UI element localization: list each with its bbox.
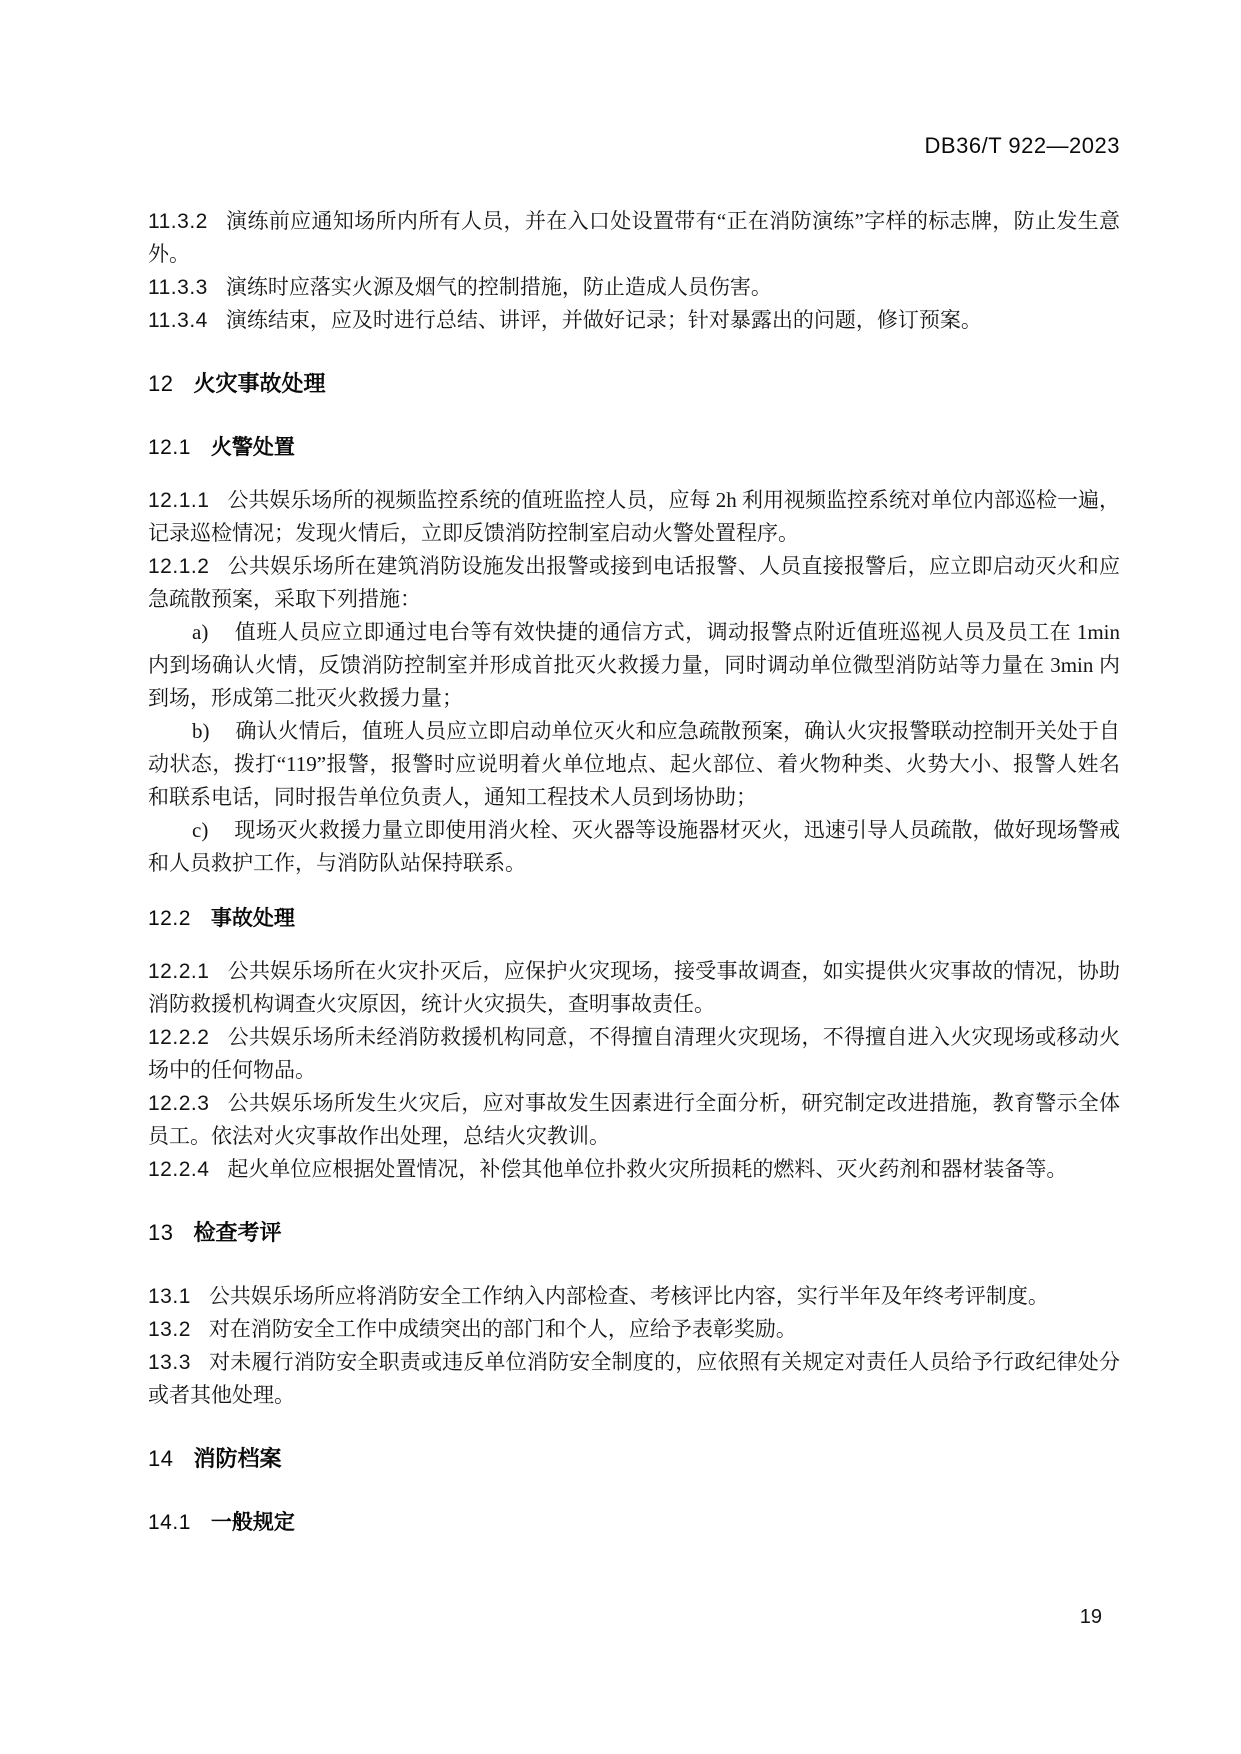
- clause-text: 公共娱乐场所应将消防安全工作纳入内部检查、考核评比内容，实行半年及年终考评制度。: [209, 1284, 1049, 1308]
- subsection-number: 12.1: [148, 436, 211, 459]
- clause-13-3: 13.3对未履行消防安全职责或违反单位消防安全制度的，应依照有关规定对责任人员给…: [148, 1346, 1120, 1412]
- list-item-a: a)值班人员应立即通过电台等有效快捷的通信方式，调动报警点附近值班巡视人员及员工…: [148, 616, 1120, 715]
- subsection-heading-14-1: 14.1一般规定: [148, 1506, 1120, 1539]
- subsection-heading-12-1: 12.1火警处置: [148, 431, 1120, 464]
- clause-text: 公共娱乐场所发生火灾后，应对事故发生因素进行全面分析，研究制定改进措施，教育警示…: [148, 1091, 1120, 1148]
- clause-text: 公共娱乐场所的视频监控系统的值班监控人员，应每 2h 利用视频监控系统对单位内部…: [148, 488, 1120, 545]
- list-item-letter: c): [192, 818, 234, 842]
- clause-number: 11.3.4: [148, 309, 226, 332]
- section-title: 消防档案: [193, 1446, 281, 1471]
- subsection-title: 火警处置: [211, 436, 295, 459]
- page-number: 19: [148, 1606, 1120, 1629]
- section-heading-14: 14消防档案: [148, 1442, 1120, 1475]
- clause-number: 12.1.1: [148, 489, 227, 512]
- section-number: 13: [148, 1220, 193, 1245]
- clause-12-2-2: 12.2.2公共娱乐场所未经消防救援机构同意，不得擅自清理火灾现场，不得擅自进入…: [148, 1021, 1120, 1087]
- section-number: 14: [148, 1446, 193, 1471]
- list-item-text: 值班人员应立即通过电台等有效快捷的通信方式，调动报警点附近值班巡视人员及员工在 …: [148, 620, 1120, 710]
- document-body: 11.3.2演练前应通知场所内所有人员，并在入口处设置带有“正在消防演练”字样的…: [148, 205, 1120, 1559]
- clause-number: 12.2.3: [148, 1092, 227, 1115]
- subsection-title: 事故处理: [211, 907, 295, 930]
- clause-number: 11.3.2: [148, 210, 226, 233]
- list-item-b: b)确认火情后，值班人员应立即启动单位灭火和应急疏散预案，确认火灾报警联动控制开…: [148, 715, 1120, 814]
- subsection-title: 一般规定: [211, 1511, 295, 1534]
- clause-text: 公共娱乐场所在火灾扑灭后，应保护火灾现场，接受事故调查，如实提供火灾事故的情况，…: [148, 959, 1120, 1016]
- clause-text: 演练结束，应及时进行总结、讲评，并做好记录；针对暴露出的问题，修订预案。: [226, 308, 982, 332]
- subsection-number: 12.2: [148, 907, 211, 930]
- document-page: DB36/T 922—2023 11.3.2演练前应通知场所内所有人员，并在入口…: [0, 0, 1241, 1754]
- clause-number: 13.3: [148, 1351, 209, 1374]
- clause-12-1-2: 12.1.2公共娱乐场所在建筑消防设施发出报警或接到电话报警、人员直接报警后，应…: [148, 550, 1120, 616]
- list-item-letter: a): [192, 620, 234, 644]
- clause-text: 对未履行消防安全职责或违反单位消防安全制度的，应依照有关规定对责任人员给予行政纪…: [148, 1350, 1120, 1407]
- clause-11-3-4: 11.3.4演练结束，应及时进行总结、讲评，并做好记录；针对暴露出的问题，修订预…: [148, 304, 1120, 337]
- list-item-text: 确认火情后，值班人员应立即启动单位灭火和应急疏散预案，确认火灾报警联动控制开关处…: [148, 719, 1120, 809]
- clause-number: 11.3.3: [148, 276, 226, 299]
- clause-text: 公共娱乐场所在建筑消防设施发出报警或接到电话报警、人员直接报警后，应立即启动灭火…: [148, 554, 1120, 611]
- clause-11-3-2: 11.3.2演练前应通知场所内所有人员，并在入口处设置带有“正在消防演练”字样的…: [148, 205, 1120, 271]
- standard-number-header: DB36/T 922—2023: [148, 133, 1120, 159]
- section-heading-12: 12火灾事故处理: [148, 367, 1120, 400]
- list-item-text: 现场灭火救援力量立即使用消火栓、灭火器等设施器材灭火，迅速引导人员疏散，做好现场…: [148, 818, 1120, 875]
- clause-number: 13.1: [148, 1285, 209, 1308]
- section-number: 12: [148, 371, 193, 396]
- subsection-number: 14.1: [148, 1511, 211, 1534]
- clause-number: 13.2: [148, 1318, 209, 1341]
- clause-11-3-3: 11.3.3演练时应落实火源及烟气的控制措施，防止造成人员伤害。: [148, 271, 1120, 304]
- clause-13-1: 13.1公共娱乐场所应将消防安全工作纳入内部检查、考核评比内容，实行半年及年终考…: [148, 1280, 1120, 1313]
- subsection-heading-12-2: 12.2事故处理: [148, 902, 1120, 935]
- clause-text: 对在消防安全工作中成绩突出的部门和个人，应给予表彰奖励。: [209, 1317, 797, 1341]
- clause-12-2-4: 12.2.4起火单位应根据处置情况，补偿其他单位扑救火灾所损耗的燃料、灭火药剂和…: [148, 1153, 1120, 1186]
- clause-13-2: 13.2对在消防安全工作中成绩突出的部门和个人，应给予表彰奖励。: [148, 1313, 1120, 1346]
- clause-text: 公共娱乐场所未经消防救援机构同意，不得擅自清理火灾现场，不得擅自进入火灾现场或移…: [148, 1025, 1120, 1082]
- list-item-letter: b): [192, 719, 236, 743]
- clause-text: 起火单位应根据处置情况，补偿其他单位扑救火灾所损耗的燃料、灭火药剂和器材装备等。: [227, 1157, 1067, 1181]
- clause-text: 演练时应落实火源及烟气的控制措施，防止造成人员伤害。: [226, 275, 772, 299]
- clause-12-2-3: 12.2.3公共娱乐场所发生火灾后，应对事故发生因素进行全面分析，研究制定改进措…: [148, 1087, 1120, 1153]
- clause-number: 12.2.2: [148, 1026, 227, 1049]
- clause-text: 演练前应通知场所内所有人员，并在入口处设置带有“正在消防演练”字样的标志牌，防止…: [148, 209, 1120, 266]
- clause-number: 12.2.4: [148, 1158, 227, 1181]
- section-title: 火灾事故处理: [193, 371, 325, 396]
- section-title: 检查考评: [193, 1220, 281, 1245]
- clause-12-1-1: 12.1.1公共娱乐场所的视频监控系统的值班监控人员，应每 2h 利用视频监控系…: [148, 484, 1120, 550]
- clause-12-2-1: 12.2.1公共娱乐场所在火灾扑灭后，应保护火灾现场，接受事故调查，如实提供火灾…: [148, 955, 1120, 1021]
- section-heading-13: 13检查考评: [148, 1216, 1120, 1249]
- clause-number: 12.1.2: [148, 555, 227, 578]
- list-item-c: c)现场灭火救援力量立即使用消火栓、灭火器等设施器材灭火，迅速引导人员疏散，做好…: [148, 814, 1120, 880]
- clause-number: 12.2.1: [148, 960, 227, 983]
